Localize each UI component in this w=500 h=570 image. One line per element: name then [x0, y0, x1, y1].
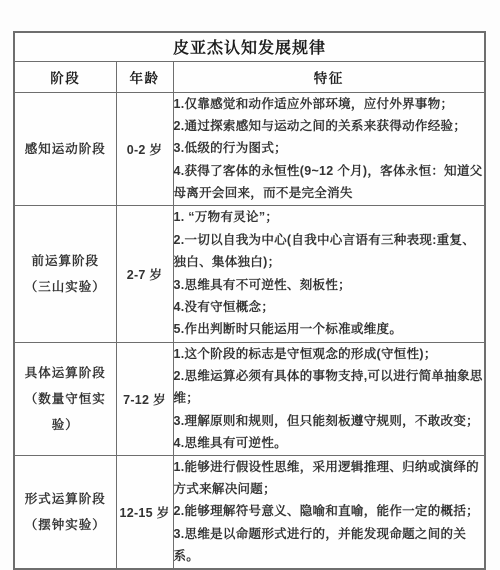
age-cell: 7-12 岁	[116, 342, 173, 455]
features-cell: 1.仅靠感觉和动作适应外部环境，应付外界事物； 2.通过探索感知与运动之间的关系…	[173, 92, 485, 205]
age-cell: 0-2 岁	[116, 92, 173, 205]
piaget-table-container: 皮亚杰认知发展规律 阶段 年龄 特征 感知运动阶段 0-2 岁 1.仅靠感觉和动…	[13, 31, 486, 570]
feature-item: 1.能够进行假设性思维，采用逻辑推理、归纳或演绎的方式来解决问题；	[174, 456, 485, 501]
feature-item: 5.作出判断时只能运用一个标准或维度。	[174, 318, 485, 340]
stage-note: （数量守恒实验）	[15, 386, 116, 438]
feature-item: 2.通过探索感知与运动之间的关系来获得动作经验；	[174, 115, 485, 137]
age-cell: 12-15 岁	[116, 455, 173, 569]
stage-cell: 前运算阶段 （三山实验）	[14, 205, 116, 342]
feature-item: 2.能够理解符号意义、隐喻和直喻，能作一定的概括；	[174, 500, 485, 522]
stage-name: 前运算阶段	[15, 248, 116, 274]
page-title: 皮亚杰认知发展规律	[14, 32, 485, 61]
table-row-preoperational: 前运算阶段 （三山实验） 2-7 岁 1. “万物有灵论”； 2.一切以自我为中…	[14, 205, 485, 342]
age-cell: 2-7 岁	[116, 205, 173, 342]
stage-note: （三山实验）	[15, 274, 116, 300]
table-header-row: 阶段 年龄 特征	[14, 61, 485, 92]
table-row-concrete-operational: 具体运算阶段 （数量守恒实验） 7-12 岁 1.这个阶段的标志是守恒观念的形成…	[14, 342, 485, 455]
stage-name: 形式运算阶段	[15, 486, 116, 512]
stage-cell: 感知运动阶段	[14, 92, 116, 205]
stage-cell: 具体运算阶段 （数量守恒实验）	[14, 342, 116, 455]
feature-item: 1. “万物有灵论”；	[174, 206, 485, 228]
column-header-age: 年龄	[116, 61, 173, 92]
feature-item: 3.思维具有不可逆性、刻板性；	[174, 274, 485, 296]
stage-note: （摆钟实验）	[15, 512, 116, 538]
column-header-features: 特征	[173, 61, 485, 92]
feature-item: 2.思维运算必须有具体的事物支持,可以进行简单抽象思维；	[174, 365, 485, 410]
feature-item: 1.仅靠感觉和动作适应外部环境，应付外界事物；	[174, 93, 485, 115]
feature-item: 4.获得了客体的永恒性(9~12 个月)，客体永恒：知道父母离开会回来，而不是完…	[174, 160, 485, 205]
feature-item: 4.没有守恒概念；	[174, 296, 485, 318]
stage-name: 具体运算阶段	[15, 360, 116, 386]
feature-item: 2.一切以自我为中心(自我中心言语有三种表现:重复、独白、集体独白)；	[174, 229, 485, 274]
feature-item: 3.低级的行为图式；	[174, 137, 485, 159]
feature-item: 3.思维是以命题形式进行的，并能发现命题之间的关系。	[174, 523, 485, 568]
feature-item: 3.理解原则和规则，但只能刻板遵守规则，不敢改变；	[174, 410, 485, 432]
features-cell: 1.能够进行假设性思维，采用逻辑推理、归纳或演绎的方式来解决问题； 2.能够理解…	[173, 455, 485, 569]
table-title-row: 皮亚杰认知发展规律	[14, 32, 485, 61]
piaget-cognitive-development-table: 皮亚杰认知发展规律 阶段 年龄 特征 感知运动阶段 0-2 岁 1.仅靠感觉和动…	[13, 31, 486, 570]
table-row-formal-operational: 形式运算阶段 （摆钟实验） 12-15 岁 1.能够进行假设性思维，采用逻辑推理…	[14, 455, 485, 569]
features-cell: 1. “万物有灵论”； 2.一切以自我为中心(自我中心言语有三种表现:重复、独白…	[173, 205, 485, 342]
column-header-stage: 阶段	[14, 61, 116, 92]
table-row-sensorimotor: 感知运动阶段 0-2 岁 1.仅靠感觉和动作适应外部环境，应付外界事物； 2.通…	[14, 92, 485, 205]
features-cell: 1.这个阶段的标志是守恒观念的形成(守恒性)； 2.思维运算必须有具体的事物支持…	[173, 342, 485, 455]
feature-item: 4.思维具有可逆性。	[174, 432, 485, 454]
stage-cell: 形式运算阶段 （摆钟实验）	[14, 455, 116, 569]
stage-name: 感知运动阶段	[15, 136, 116, 162]
feature-item: 1.这个阶段的标志是守恒观念的形成(守恒性)；	[174, 343, 485, 365]
